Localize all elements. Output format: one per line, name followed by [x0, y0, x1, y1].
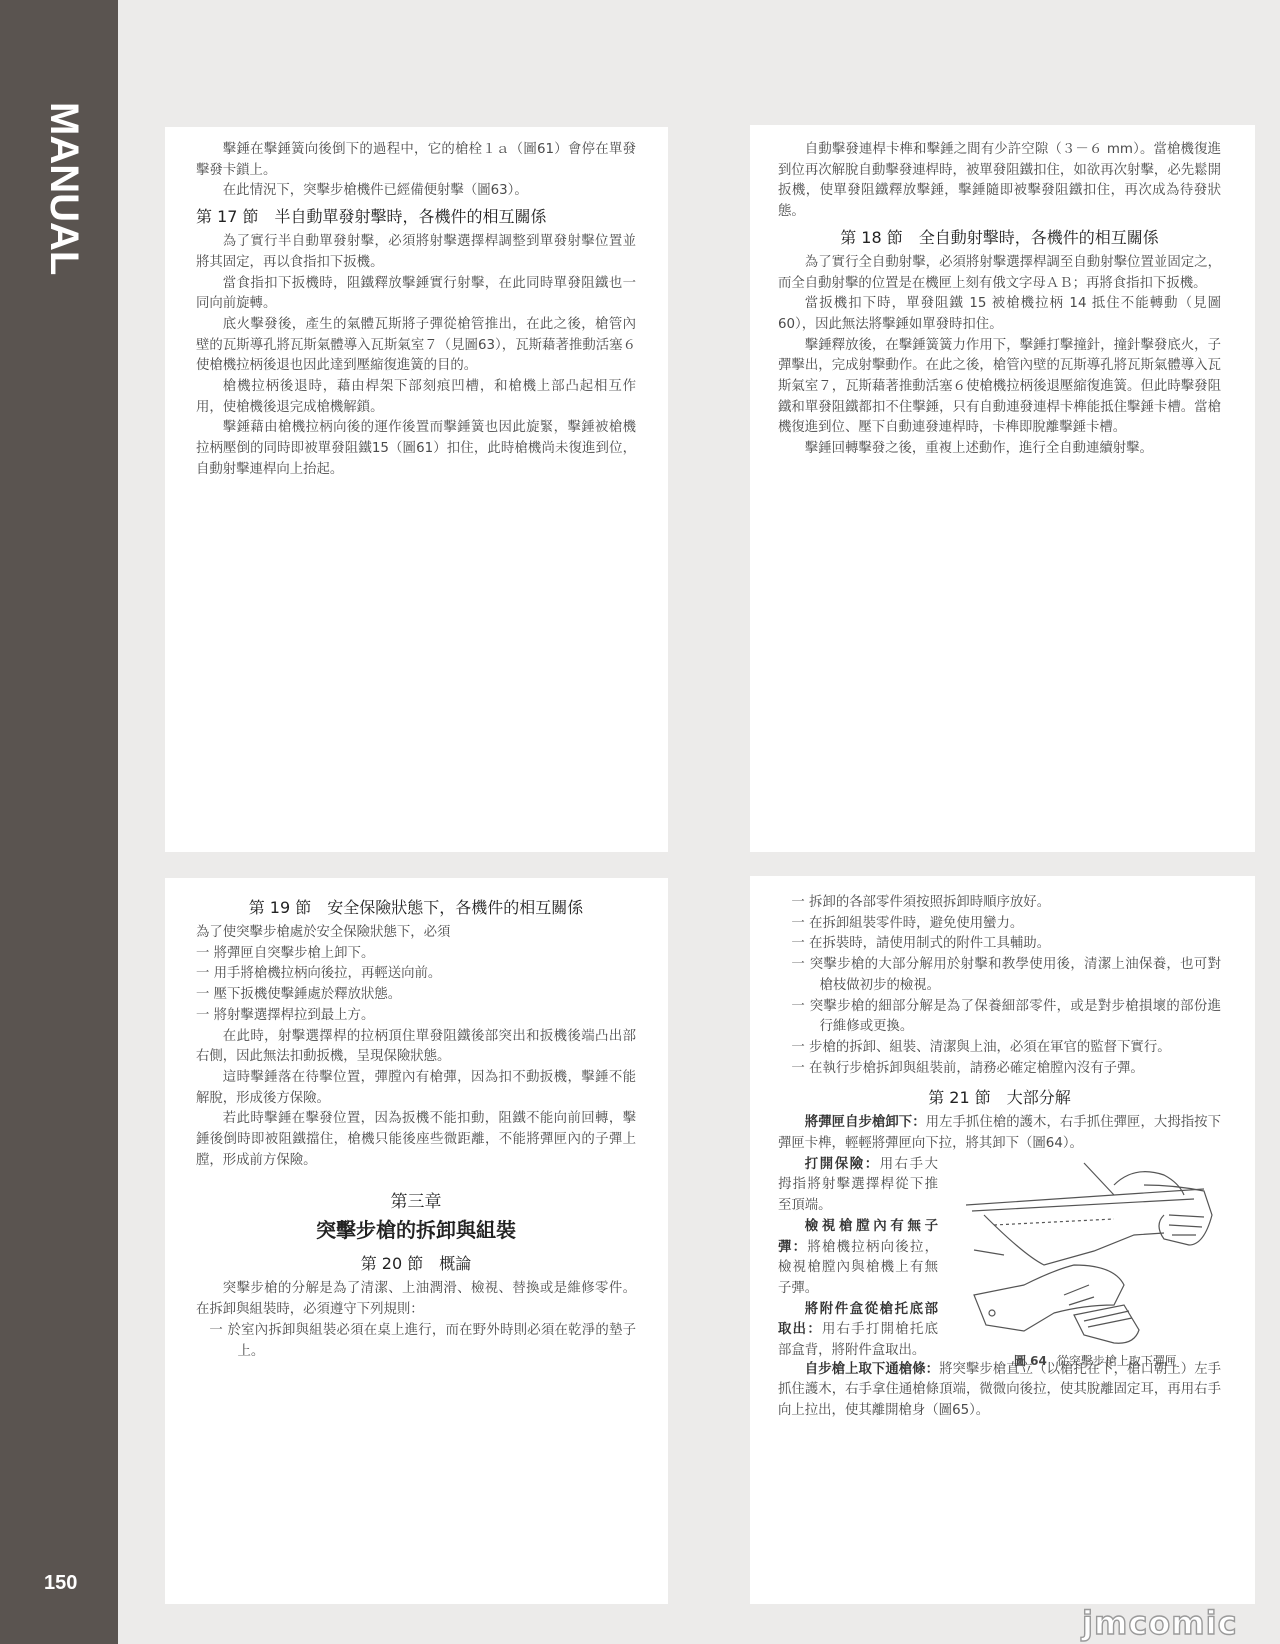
paragraph: 為了實行半自動單發射擊，必須將射擊選擇桿調整到單發射擊位置並將其固定，再以食指扣… — [196, 232, 636, 273]
paragraph: 槍機拉柄後退時，藉由桿架下部刻痕凹槽，和槍機上部凸起相互作用，使槍機後退完成槍機… — [196, 377, 636, 418]
section-17-heading: 第 17 節 半自動單發射擊時，各機件的相互關係 — [196, 204, 636, 230]
list-item: 一 壓下扳機使擊錘處於釋放狀態。 — [196, 985, 636, 1006]
list-item: 一 拆卸的各部零件須按照拆卸時順序放好。 — [778, 893, 1221, 914]
paragraph: 為了實行全自動射擊，必須將射擊選擇桿調至自動射擊位置並固定之，而全自動射擊的位置… — [778, 253, 1221, 294]
list-item: 一 突擊步槍的細部分解是為了保養細部零件，或是對步槍損壞的部份進行維修或更換。 — [778, 997, 1221, 1038]
paragraph: 若此時擊錘在擊發位置，因為扳機不能扣動，阻鐵不能向前回轉，擊錘後倒時即被阻鐵擋住… — [196, 1109, 636, 1171]
section-18-heading: 第 18 節 全自動射擊時，各機件的相互關係 — [778, 225, 1221, 251]
paragraph: 自動擊發連桿卡榫和擊錘之間有少許空隙（３－６ mm）。當槍機復進到位再次解脫自動… — [778, 140, 1221, 223]
step-title: 將彈匣自步槍卸下： — [805, 1115, 926, 1130]
list-item: 一 將彈匣自突擊步槍上卸下。 — [196, 944, 636, 965]
step-title: 自步槍上取下通槍條： — [805, 1362, 939, 1377]
figure-block: 打開保險：用右手大拇指將射擊選擇桿從下推至頂端。 檢視槍膛內有無子彈：將槍機拉柄… — [778, 1155, 1221, 1362]
paragraph: 擊錘釋放後，在擊錘簧簧力作用下，擊錘打擊撞針，撞針擊發底火，子彈擊出，完成射擊動… — [778, 336, 1221, 440]
list-item: 一 在拆裝時，請使用制式的附件工具輔助。 — [778, 934, 1221, 955]
chapter-title: 突擊步槍的拆卸與組裝 — [196, 1215, 636, 1245]
paragraph: 擊錘在擊錘簧向後倒下的過程中，它的槍栓１ａ（圖61）會停在單發擊發卡鎖上。 — [196, 140, 636, 181]
column-bottom-right: 一 拆卸的各部零件須按照拆卸時順序放好。 一 在拆卸組裝零件時，避免使用蠻力。 … — [778, 893, 1221, 1422]
section-21-heading: 第 21 節 大部分解 — [778, 1085, 1221, 1111]
page-number: 150 — [44, 1572, 77, 1595]
paragraph: 擊錘藉由槍機拉柄向後的運作後置而擊錘簧也因此旋緊，擊錘被槍機拉柄壓倒的同時即被單… — [196, 418, 636, 480]
list-item: 一 在執行步槍拆卸與組裝前，請務必確定槍膛內沒有子彈。 — [778, 1059, 1221, 1080]
step-paragraph: 將彈匣自步槍卸下：用左手抓住槍的護木，右手抓住彈匣，大拇指按下彈匣卡榫，輕輕將彈… — [778, 1113, 1221, 1154]
column-top-right: 自動擊發連桿卡榫和擊錘之間有少許空隙（３－６ mm）。當槍機復進到位再次解脫自動… — [778, 140, 1221, 460]
paragraph: 在此情況下，突擊步槍機件已經備便射擊（圖63）。 — [196, 181, 636, 202]
spine-bar: MANUAL 150 — [0, 0, 118, 1644]
list-item: 一 在拆卸組裝零件時，避免使用蠻力。 — [778, 914, 1221, 935]
paragraph: 為了使突擊步槍處於安全保險狀態下，必須 — [196, 923, 636, 944]
paragraph: 底火擊發後，產生的氣體瓦斯將子彈從槍管推出，在此之後，槍管內壁的瓦斯導孔將瓦斯氣… — [196, 315, 636, 377]
list-item: 一 突擊步槍的大部分解用於射擊和教學使用後，清潔上油保養，也可對槍枝做初步的檢視… — [778, 955, 1221, 996]
section-19-heading: 第 19 節 安全保險狀態下，各機件的相互關係 — [196, 895, 636, 921]
figure-number: 圖 64 — [1014, 1354, 1047, 1368]
figure-caption: 圖 64從突擊步槍上取下彈匣 — [1014, 1351, 1177, 1372]
list-item: 一 用手將槍機拉柄向後拉，再輕送向前。 — [196, 964, 636, 985]
figure-side-text: 打開保險：用右手大拇指將射擊選擇桿從下推至頂端。 檢視槍膛內有無子彈：將槍機拉柄… — [778, 1155, 938, 1362]
column-top-left: 擊錘在擊錘簧向後倒下的過程中，它的槍栓１ａ（圖61）會停在單發擊發卡鎖上。 在此… — [196, 140, 636, 481]
paragraph: 擊錘回轉擊發之後，重複上述動作，進行全自動連續射擊。 — [778, 439, 1221, 460]
paragraph: 當食指扣下扳機時，阻鐵釋放擊錘實行射擊，在此同時單發阻鐵也一同向前旋轉。 — [196, 274, 636, 315]
rifle-magazine-illustration — [964, 1155, 1222, 1345]
paragraph: 當扳機扣下時，單發阻鐵 15 被槍機拉柄 14 抵住不能轉動（見圖60），因此無… — [778, 294, 1221, 335]
spine-title: MANUAL — [44, 102, 84, 322]
paragraph: 在此時，射擊選擇桿的拉柄頂住單發阻鐵後部突出和扳機後端凸出部右側，因此無法扣動扳… — [196, 1027, 636, 1068]
list-item: 一 於室內拆卸與組裝必須在桌上進行，而在野外時則必須在乾淨的墊子上。 — [196, 1321, 636, 1362]
paragraph: 突擊步槍的分解是為了清潔、上油潤滑、檢視、替換或是維修零件。在拆卸與組裝時，必須… — [196, 1279, 636, 1320]
chapter-label: 第三章 — [196, 1189, 636, 1215]
list-item: 一 步槍的拆卸、組裝、清潔與上油，必須在軍官的監督下實行。 — [778, 1038, 1221, 1059]
watermark-logo: jmcomic — [1082, 1604, 1238, 1642]
column-bottom-left: 第 19 節 安全保險狀態下，各機件的相互關係 為了使突擊步槍處於安全保險狀態下… — [196, 893, 636, 1362]
step-title: 打開保險： — [805, 1157, 880, 1172]
section-20-heading: 第 20 節 概論 — [196, 1251, 636, 1277]
figure-caption-text: 從突擊步槍上取下彈匣 — [1057, 1354, 1177, 1368]
paragraph: 這時擊錘落在待擊位置，彈膛內有槍彈，因為扣不動扳機，擊錘不能解脫，形成後方保險。 — [196, 1068, 636, 1109]
list-item: 一 將射擊選擇桿拉到最上方。 — [196, 1006, 636, 1027]
figure-64: 圖 64從突擊步槍上取下彈匣 — [964, 1155, 1222, 1365]
